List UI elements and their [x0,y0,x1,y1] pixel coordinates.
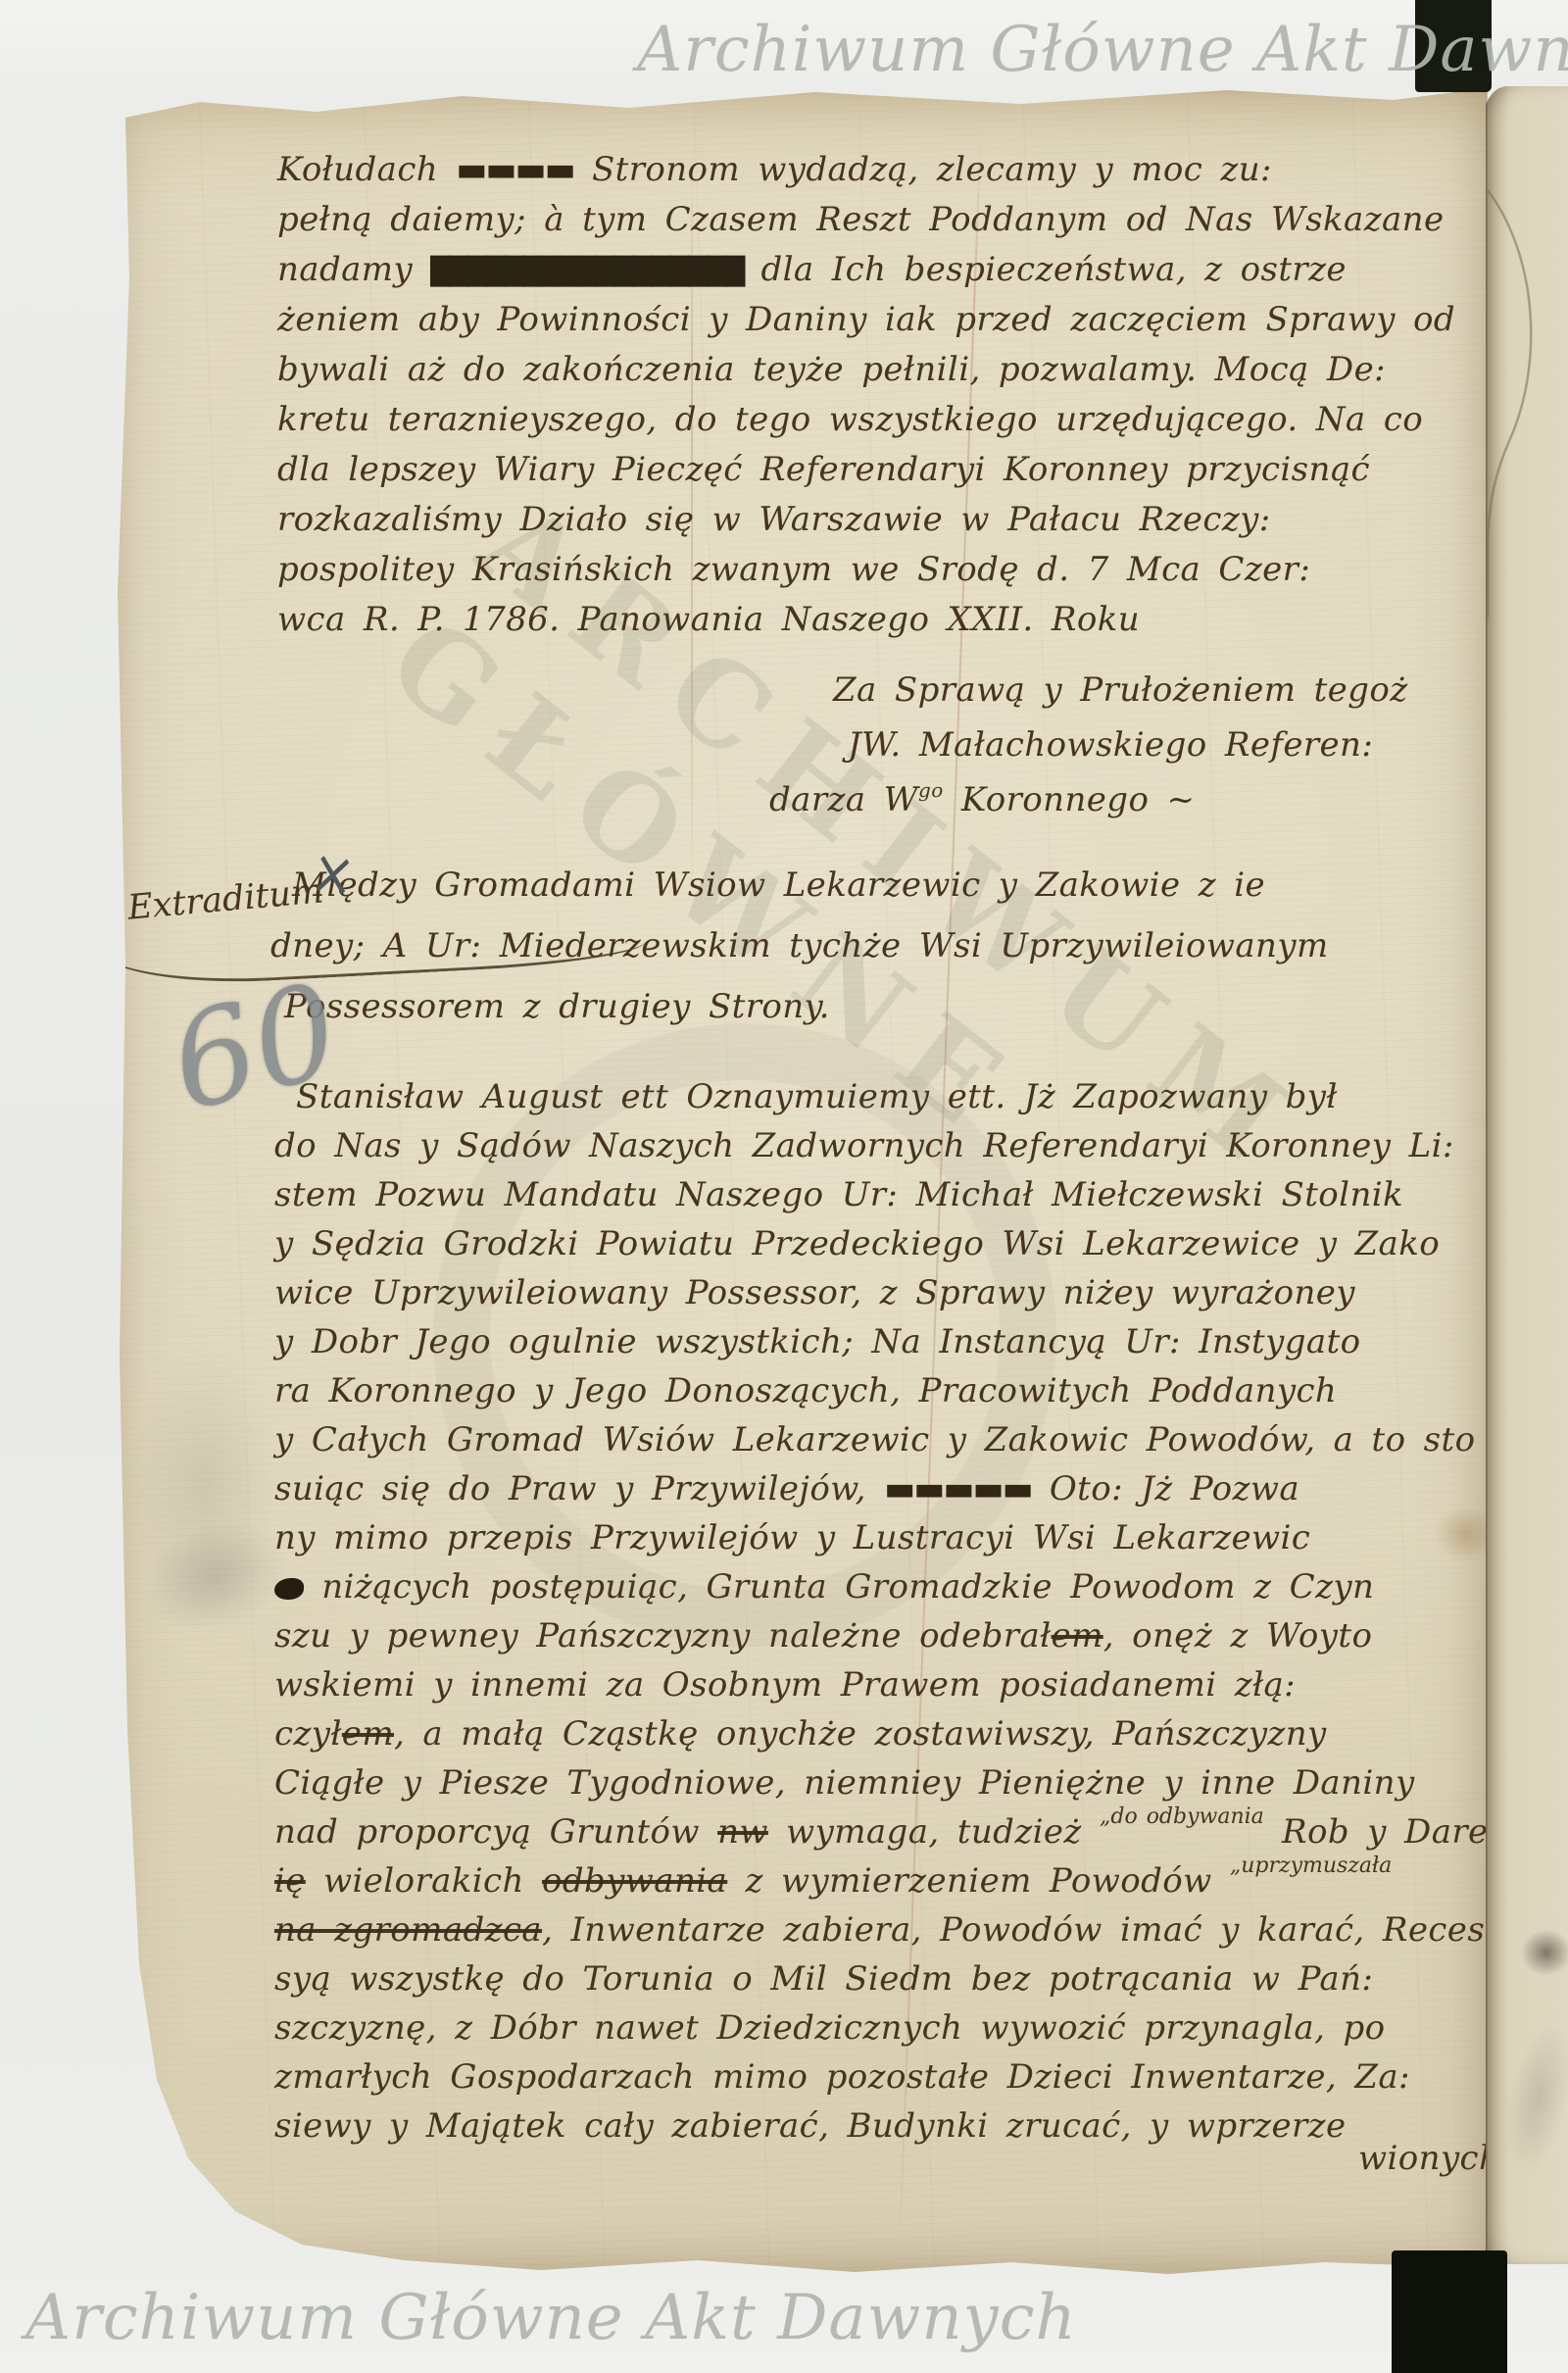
handwriting-x-segment: em [1052,1616,1103,1656]
handwriting-scr-segment: ▬▬▬▬ [456,150,574,189]
handwriting-line: ra Koronnego y Jego Donoszących, Pracowi… [274,1366,1568,1415]
handwriting-line: szu y pewney Pańszczyzny należne odebrał… [274,1611,1568,1660]
handwriting-line: y Sędzia Grodzki Powiatu Przedeckiego Ws… [274,1219,1568,1268]
handwriting-x-segment: em [342,1714,394,1754]
handwriting-line: szczyznę, z Dóbr nawet Dziedzicznych wyw… [274,2003,1568,2052]
handwriting-segment: darza W [769,780,918,819]
handwriting-line: y Całych Gromad Wsiów Lekarzewic y Zakow… [274,1415,1568,1464]
handwriting-sup-segment: go [918,778,944,802]
handwriting-line: suiąc się do Praw y Przywilejów, ▬▬▬▬▬ O… [274,1464,1568,1513]
handwriting-line: Possessorem z drugiey Strony. [284,976,1329,1037]
handwriting-line: Stanisław August ett Oznaymuiemy ett. Jż… [296,1072,1568,1121]
handwriting-segment: , onęż z Woyto [1103,1616,1373,1656]
handwriting-x-segment: na zgromadzca [274,1910,542,1950]
handwriting-line: Za Sprawą y Prułożeniem tegoż [833,663,1408,717]
handwriting-line: niżących postępuiąc, Grunta Gromadzkie P… [274,1562,1568,1611]
ink-blot-right-page [1521,1929,1568,1976]
handwriting-segment: szu y pewney Pańszczyzny należne odebrał [274,1616,1052,1656]
manuscript-page: ARCHIWUM GŁÓWNE Kołudach ▬▬▬▬ Stronom wy… [110,82,1486,2278]
handwriting-line: bywali aż do zakończenia teyże pełnili, … [277,345,1455,395]
handwriting-segment: dla Ich bespieczeństwa, z ostrze [743,250,1347,289]
handwriting-segment: , Inwentarze zabiera, Powodów imać y kar… [542,1910,1485,1950]
handwriting-line: zmarłych Gospodarzach mimo pozostałe Dzi… [274,2052,1568,2101]
paragraph-royal-summons: Stanisław August ett Oznaymuiemy ett. Jż… [274,1072,1568,2151]
handwriting-line: ny mimo przepis Przywilejów y Lustracyi … [274,1513,1568,1562]
handwriting-segment: nadamy [277,250,430,289]
handwriting-ins-segment: „uprzymuszała [1230,1854,1392,1878]
handwriting-scr-segment: ▬▬▬▬▬ [884,1469,1032,1508]
handwriting-line: rozkazaliśmy Działo się w Warszawie w Pa… [277,495,1455,545]
handwriting-segment: Koronnego ~ [944,780,1196,819]
handwriting-line: ię wielorakich odbywania z wymierzeniem … [274,1856,1568,1905]
archival-scan: ARCHIWUM GŁÓWNE Kołudach ▬▬▬▬ Stronom wy… [0,0,1568,2373]
binding-thread [1480,176,1568,627]
handwriting-r-segment: █████████████████ [430,257,743,287]
handwriting-x-segment: ię [274,1861,306,1901]
spine-strip-bottom [1392,2250,1507,2373]
handwriting-line: wskiemi y innemi za Osobnym Prawem posia… [274,1660,1568,1709]
handwriting-x-segment: odbywania [542,1861,727,1901]
handwriting-line: Kołudach ▬▬▬▬ Stronom wydadzą, zlecamy y… [277,145,1455,195]
handwriting-line: darza Wgo Koronnego ~ [769,772,1408,827]
archive-watermark-top: Archiwum Główne Akt Dawnych [637,14,1568,86]
handwriting-line: stem Pozwu Mandatu Naszego Ur: Michał Mi… [274,1170,1568,1219]
handwriting-segment: czył [274,1714,342,1754]
handwriting-line: pospolitey Krasińskich zwanym we Srodę d… [277,545,1455,595]
handwriting-line: wca R. P. 1786. Panowania Naszego XXII. … [277,595,1455,645]
handwriting-line: syą wszystkę do Torunia o Mil Siedm bez … [274,1954,1568,2003]
handwriting-segment: Oto: Jż Pozwa [1032,1469,1299,1508]
handwriting-line: wice Uprzywileiowany Possessor, z Sprawy… [274,1268,1568,1317]
handwriting-line: nad proporcyą Gruntów nw wymaga, tudzież… [274,1807,1568,1856]
handwriting-segment: wymaga, tudzież [768,1812,1100,1852]
handwriting-segment: , a małą Cząstkę onychże zostawiwszy, Pa… [394,1714,1327,1754]
handwriting-line: do Nas y Sądów Naszych Zadwornych Refere… [274,1121,1568,1170]
handwriting-segment: wielorakich [306,1861,542,1901]
handwriting-segment: nad proporcyą Gruntów [274,1812,717,1852]
handwriting-line: nadamy █████████████████ dla Ich bespiec… [277,245,1455,295]
paragraph-decree: Kołudach ▬▬▬▬ Stronom wydadzą, zlecamy y… [277,145,1455,645]
handwriting-segment: Kołudach [277,150,456,189]
handwriting-segment: suiąc się do Praw y Przywilejów, [274,1469,884,1508]
handwriting-line: na zgromadzca, Inwentarze zabiera, Powod… [274,1905,1568,1954]
handwriting-line: pełną daiemy; à tym Czasem Reszt Poddany… [277,195,1455,245]
archive-watermark-bottom: Archiwum Główne Akt Dawnych [25,2282,1077,2354]
handwriting-segment: Stronom wydadzą, zlecamy y moc zu: [574,150,1272,189]
handwriting-x-segment: nw [717,1812,768,1852]
catchword: wionych [1358,2139,1500,2178]
handwriting-line: żeniem aby Powinności y Daniny iak przed… [277,295,1455,345]
handwriting-segment: niżących postępuiąc, Grunta Gromadzkie P… [304,1567,1374,1607]
handwriting-ins-segment: „do odbywania [1100,1804,1264,1829]
handwriting-blot-segment [274,1578,304,1600]
handwriting-line: JW. Małachowskiego Referen: [848,717,1408,772]
handwriting-line: dla lepszey Wiary Pieczęć Referendaryi K… [277,445,1455,495]
handwriting-line: kretu teraznieyszego, do tego wszystkieg… [277,395,1455,445]
signature-block: Za Sprawą y Prułożeniem tegożJW. Małacho… [769,663,1408,827]
handwriting-line: y Dobr Jego ogulnie wszystkich; Na Insta… [274,1317,1568,1366]
handwriting-line: Między Gromadami Wsiow Lekarzewic y Zako… [292,855,1329,915]
handwriting-segment: z wymierzeniem Powodów [727,1861,1230,1901]
handwriting-line: Ciągłe y Piesze Tygodniowe, niemniey Pie… [274,1758,1568,1807]
handwriting-line: czyłem, a małą Cząstkę onychże zostawiws… [274,1709,1568,1758]
